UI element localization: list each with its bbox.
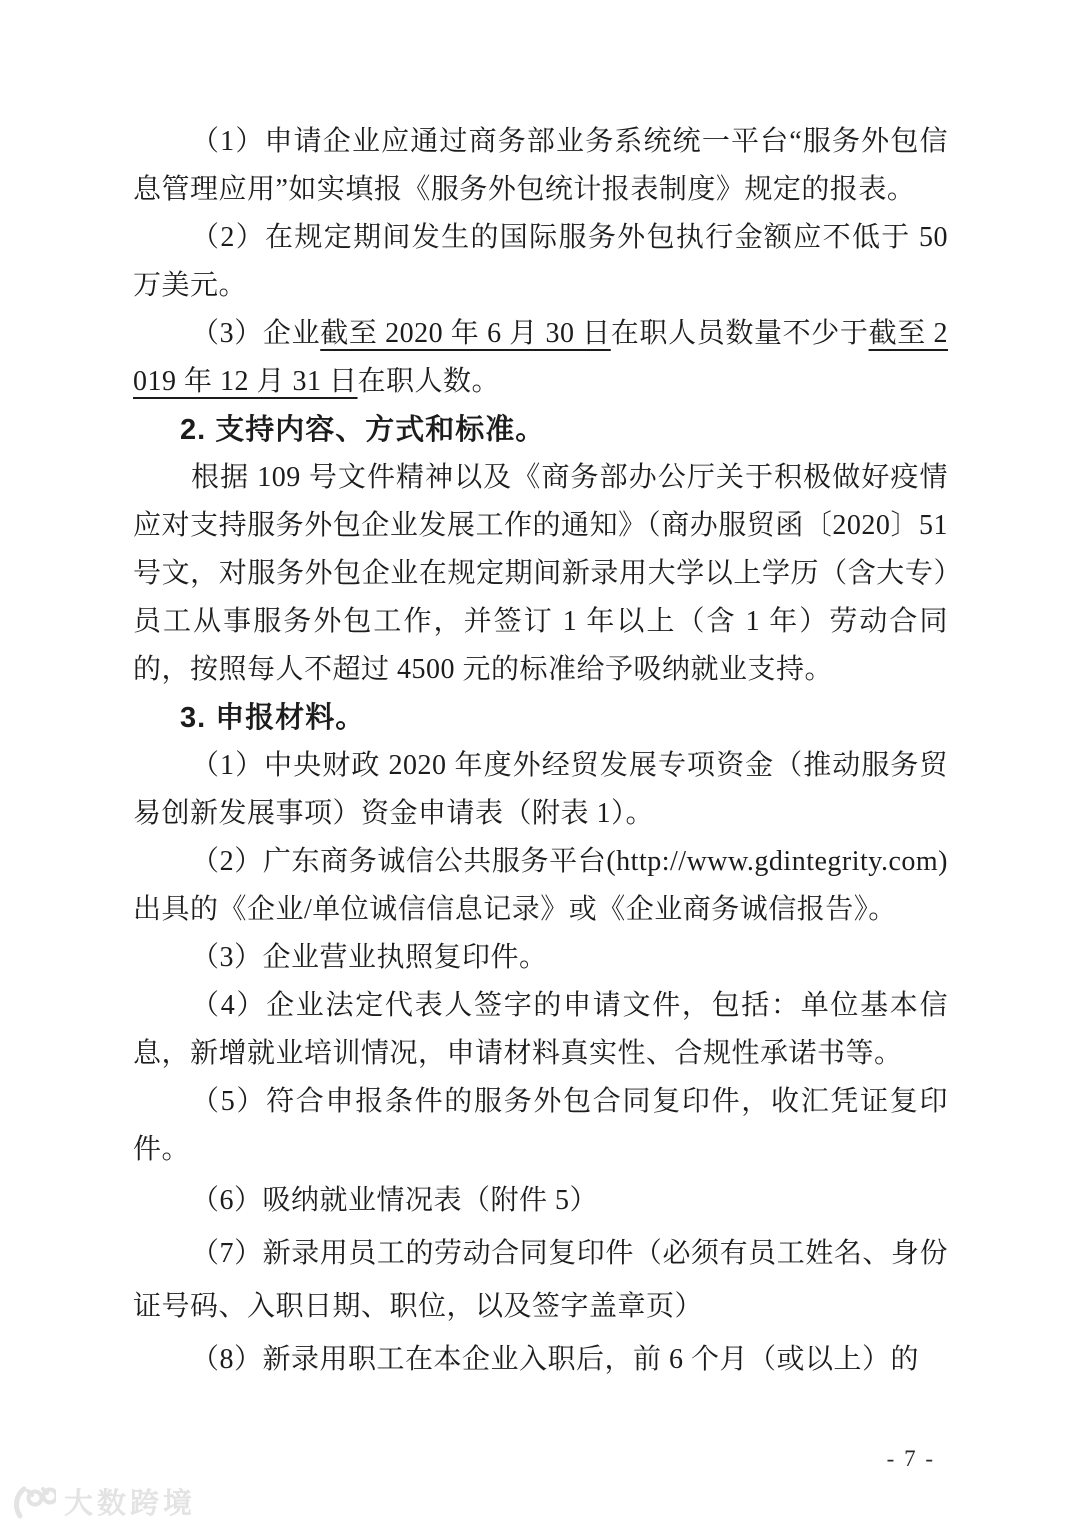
text-segment: （4）企业法定代表人签字的申请文件，包括：单位基本信息，新增就业培训情况，申请材… xyxy=(133,990,948,1069)
text-segment: 在职人员数量不少于 xyxy=(611,318,869,349)
heading-3: 3. 申报材料。 xyxy=(133,694,948,742)
text-segment: （5）符合申报条件的服务外包合同复印件，收汇凭证复印件。 xyxy=(133,1086,948,1165)
text-segment: （2）在规定期间发生的国际服务外包执行金额应不低于 50 万美元。 xyxy=(133,222,948,301)
item-3-2: （2）广东商务诚信公共服务平台(http://www.gdintegrity.c… xyxy=(133,838,948,934)
text-segment: （3）企业 xyxy=(191,318,320,349)
item-3-3: （3）企业营业执照复印件。 xyxy=(133,934,948,982)
item-3-6: （6）吸纳就业情况表（附件 5） xyxy=(133,1174,948,1227)
item-3-7: （7）新录用员工的劳动合同复印件（必须有员工姓名、身份证号码、入职日期、职位，以… xyxy=(133,1227,948,1333)
text-segment: 在职人数。 xyxy=(358,366,501,397)
text-segment: （3）企业营业执照复印件。 xyxy=(191,942,548,973)
text-segment: 根据 109 号文件精神以及《商务部办公厅关于积极做好疫情应对支持服务外包企业发… xyxy=(133,462,948,685)
item-1-3: （3）企业截至 2020 年 6 月 30 日在职人员数量不少于截至 2019 … xyxy=(133,310,948,406)
heading-2: 2. 支持内容、方式和标准。 xyxy=(133,406,948,454)
watermark: 大数跨境 xyxy=(10,1481,196,1522)
text-segment: （1）申请企业应通过商务部业务系统统一平台“服务外包信息管理应用”如实填报《服务… xyxy=(133,126,948,205)
dashu-100-logo-icon xyxy=(10,1483,56,1521)
text-segment: 2. 支持内容、方式和标准。 xyxy=(180,414,545,446)
item-3-5: （5）符合申报条件的服务外包合同复印件，收汇凭证复印件。 xyxy=(133,1078,948,1174)
text-segment: 3. 申报材料。 xyxy=(180,702,365,734)
text-segment: （2）广东商务诚信公共服务平台(http://www.gdintegrity.c… xyxy=(133,846,948,925)
document-body: （1）申请企业应通过商务部业务系统统一平台“服务外包信息管理应用”如实填报《服务… xyxy=(133,118,948,1386)
text-segment: （7）新录用员工的劳动合同复印件（必须有员工姓名、身份证号码、入职日期、职位，以… xyxy=(133,1238,948,1322)
item-3-4: （4）企业法定代表人签字的申请文件，包括：单位基本信息，新增就业培训情况，申请材… xyxy=(133,982,948,1078)
item-1-1: （1）申请企业应通过商务部业务系统统一平台“服务外包信息管理应用”如实填报《服务… xyxy=(133,118,948,214)
text-segment: （6）吸纳就业情况表（附件 5） xyxy=(191,1185,598,1216)
item-3-1: （1）中央财政 2020 年度外经贸发展专项资金（推动服务贸易创新发展事项）资金… xyxy=(133,742,948,838)
item-1-2: （2）在规定期间发生的国际服务外包执行金额应不低于 50 万美元。 xyxy=(133,214,948,310)
watermark-brand-text: 大数跨境 xyxy=(64,1481,196,1522)
item-3-8: （8）新录用职工在本企业入职后，前 6 个月（或以上）的 xyxy=(133,1333,948,1386)
underlined-text: 截至 2020 年 6 月 30 日 xyxy=(320,318,611,349)
page-number: - 7 - xyxy=(887,1446,935,1472)
document-page: （1）申请企业应通过商务部业务系统统一平台“服务外包信息管理应用”如实填报《服务… xyxy=(0,0,1080,1528)
text-segment: （8）新录用职工在本企业入职后，前 6 个月（或以上）的 xyxy=(191,1344,919,1375)
text-segment: （1）中央财政 2020 年度外经贸发展专项资金（推动服务贸易创新发展事项）资金… xyxy=(133,750,948,829)
para-support-policy: 根据 109 号文件精神以及《商务部办公厅关于积极做好疫情应对支持服务外包企业发… xyxy=(133,454,948,694)
